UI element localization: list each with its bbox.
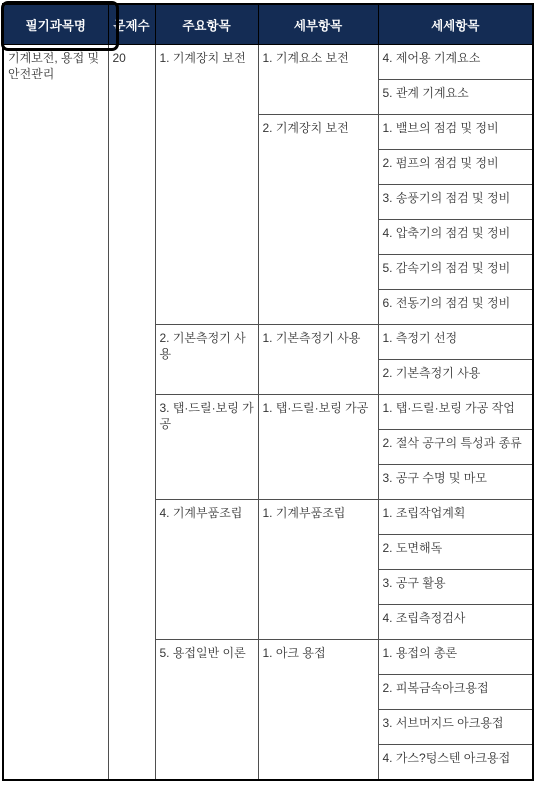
header-subject: 필기과목명 — [3, 4, 108, 45]
detail-item-cell: 2. 도면해독 — [378, 535, 533, 570]
detail-item-cell: 4. 조립측정검사 — [378, 605, 533, 640]
main-item-cell: 1. 기계장치 보전 — [155, 45, 258, 325]
detail-item-cell: 2. 펌프의 점검 및 정비 — [378, 150, 533, 185]
detail-item-cell: 3. 공구 활용 — [378, 570, 533, 605]
detail-item-cell: 1. 측정기 선정 — [378, 325, 533, 360]
sub-item-cell: 1. 기계부품조립 — [258, 500, 378, 640]
detail-item-cell: 6. 전동기의 점검 및 정비 — [378, 290, 533, 325]
detail-item-cell: 4. 압축기의 점검 및 정비 — [378, 220, 533, 255]
main-item-cell: 5. 용접일반 이론 — [155, 640, 258, 780]
detail-item-cell: 5. 감속기의 점검 및 정비 — [378, 255, 533, 290]
main-item-cell: 3. 탭·드릴·보링 가공 — [155, 395, 258, 500]
detail-item-cell: 3. 공구 수명 및 마모 — [378, 465, 533, 500]
detail-item-cell: 4. 가스?텅스텐 아크용접 — [378, 745, 533, 780]
detail-item-cell: 4. 제어용 기계요소 — [378, 45, 533, 80]
syllabus-table: 필기과목명 문제수 주요항목 세부항목 세세항목 기계보전, 용접 및 안전관리… — [2, 3, 534, 781]
sub-item-cell: 1. 아크 용접 — [258, 640, 378, 780]
header-question-count: 문제수 — [108, 4, 155, 45]
detail-item-cell: 3. 서브머지드 아크용접 — [378, 710, 533, 745]
sub-item-cell: 1. 기계요소 보전 — [258, 45, 378, 115]
sub-item-cell: 1. 탭·드릴·보링 가공 — [258, 395, 378, 500]
detail-item-cell: 1. 용접의 총론 — [378, 640, 533, 675]
subject-cell: 기계보전, 용접 및 안전관리 — [3, 45, 108, 780]
main-item-cell: 2. 기본측정기 사용 — [155, 325, 258, 395]
header-row: 필기과목명 문제수 주요항목 세부항목 세세항목 — [3, 4, 533, 45]
header-detail-items: 세세항목 — [378, 4, 533, 45]
detail-item-cell: 1. 조립작업계획 — [378, 500, 533, 535]
detail-item-cell: 2. 기본측정기 사용 — [378, 360, 533, 395]
detail-item-cell: 2. 절삭 공구의 특성과 종류 — [378, 430, 533, 465]
detail-item-cell: 1. 탭·드릴·보링 가공 작업 — [378, 395, 533, 430]
sub-item-cell: 1. 기본측정기 사용 — [258, 325, 378, 395]
table-row: 기계보전, 용접 및 안전관리 20 1. 기계장치 보전 1. 기계요소 보전… — [3, 45, 533, 80]
detail-item-cell: 2. 피복금속아크용접 — [378, 675, 533, 710]
detail-item-cell: 3. 송풍기의 점검 및 정비 — [378, 185, 533, 220]
sub-item-cell: 2. 기계장치 보전 — [258, 115, 378, 325]
exam-syllabus-sheet: 필기과목명 문제수 주요항목 세부항목 세세항목 기계보전, 용접 및 안전관리… — [0, 0, 536, 786]
detail-item-cell: 5. 관계 기계요소 — [378, 80, 533, 115]
header-sub-items: 세부항목 — [258, 4, 378, 45]
header-main-items: 주요항목 — [155, 4, 258, 45]
main-item-cell: 4. 기계부품조립 — [155, 500, 258, 640]
question-count-cell: 20 — [108, 45, 155, 780]
detail-item-cell: 1. 밸브의 점검 및 정비 — [378, 115, 533, 150]
